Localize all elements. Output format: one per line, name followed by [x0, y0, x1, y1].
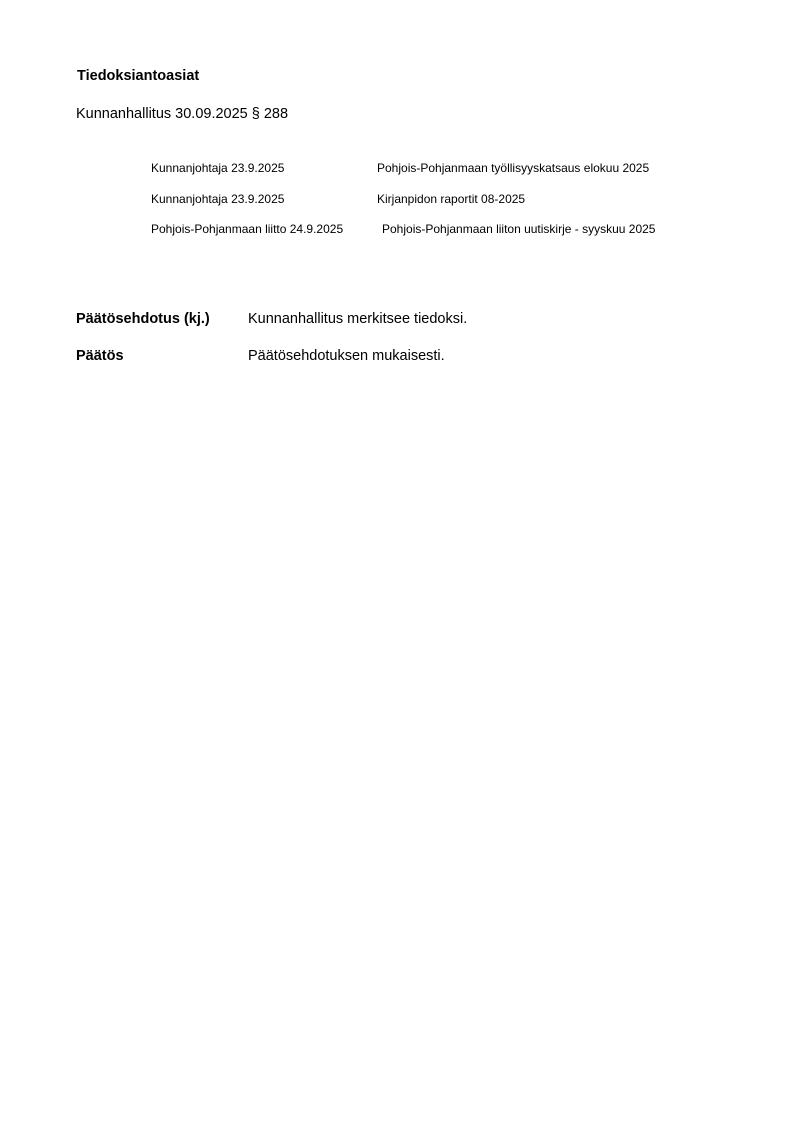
- decision-text: Päätösehdotuksen mukaisesti.: [248, 348, 445, 364]
- notice-sender: Pohjois-Pohjanmaan liitto 24.9.2025: [151, 222, 343, 236]
- notice-sender: Kunnanjohtaja 23.9.2025: [151, 161, 284, 175]
- proposal-text: Kunnanhallitus merkitsee tiedoksi.: [248, 311, 467, 327]
- meeting-reference: Kunnanhallitus 30.09.2025 § 288: [76, 106, 288, 122]
- proposal-label: Päätösehdotus (kj.): [76, 311, 210, 327]
- notice-title: Kirjanpidon raportit 08-2025: [377, 192, 525, 206]
- notice-title: Pohjois-Pohjanmaan liiton uutiskirje - s…: [382, 222, 655, 236]
- section-heading: Tiedoksiantoasiat: [77, 68, 199, 84]
- notice-title: Pohjois-Pohjanmaan työllisyyskatsaus elo…: [377, 161, 649, 175]
- notice-sender: Kunnanjohtaja 23.9.2025: [151, 192, 284, 206]
- decision-label: Päätös: [76, 348, 124, 364]
